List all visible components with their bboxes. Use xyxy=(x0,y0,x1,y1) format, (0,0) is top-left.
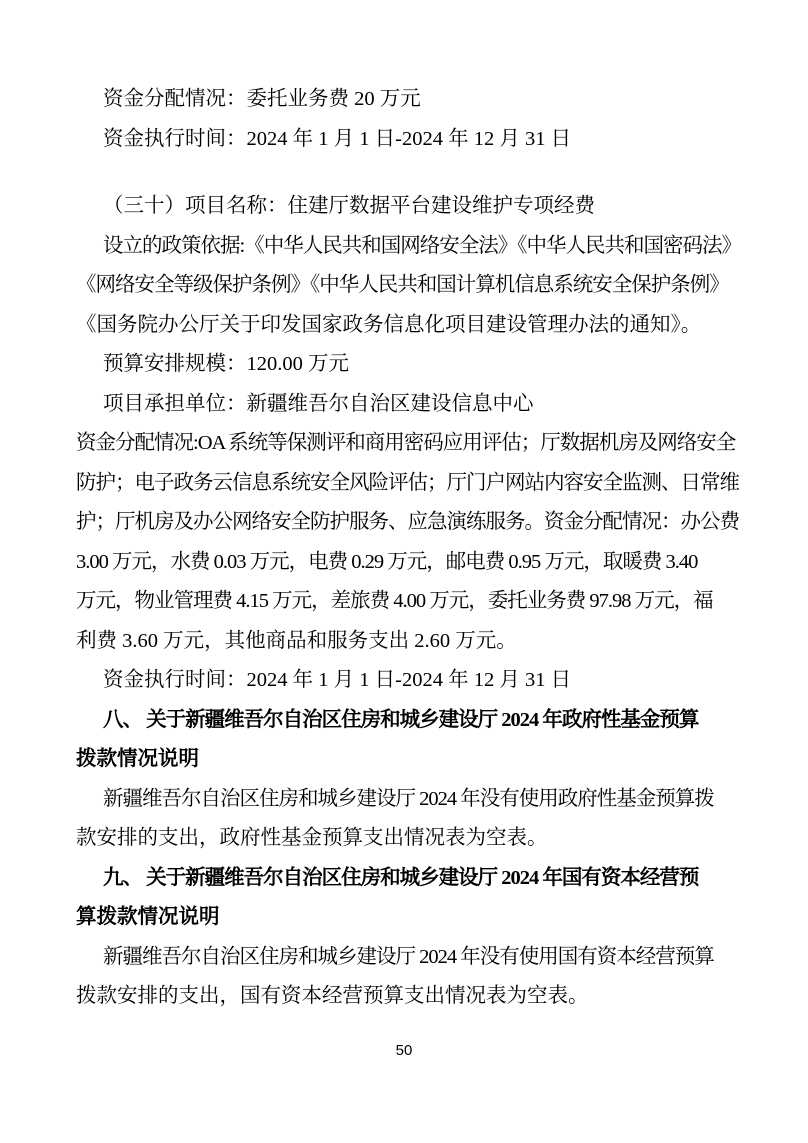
doc-line: 拨款安排的支出，国有资本经营预算支出情况表为空表。 xyxy=(76,977,732,1017)
doc-line: 万元，物业管理费 4.15 万元，差旅费 4.00 万元，委托业务费 97.98… xyxy=(76,582,732,622)
doc-line: 防护；电子政务云信息系统安全风险评估；厅门户网站内容安全监测、日常维 xyxy=(76,464,732,504)
doc-line: 新疆维吾尔自治区住房和城乡建设厅 2024 年没有使用政府性基金预算拨 xyxy=(76,780,732,820)
doc-line: 资金执行时间：2024 年 1 月 1 日-2024 年 12 月 31 日 xyxy=(76,661,732,701)
document-page: 资金分配情况：委托业务费 20 万元 资金执行时间：2024 年 1 月 1 日… xyxy=(0,0,808,1143)
doc-line: 项目承担单位：新疆维吾尔自治区建设信息中心 xyxy=(76,385,732,425)
doc-line: 资金分配情况：委托业务费 20 万元 xyxy=(76,80,732,120)
doc-line: 预算安排规模：120.00 万元 xyxy=(76,345,732,385)
doc-line: 3.00 万元，水费 0.03 万元，电费 0.29 万元，邮电费 0.95 万… xyxy=(76,543,732,583)
doc-line: 护；厅机房及办公网络安全防护服务、应急演练服务。资金分配情况：办公费 xyxy=(76,503,732,543)
doc-line-project-title: （三十）项目名称：住建厅数据平台建设维护专项经费 xyxy=(76,187,732,227)
section-heading-9-cont: 算拨款情况说明 xyxy=(76,898,732,938)
doc-line: 新疆维吾尔自治区住房和城乡建设厅 2024 年没有使用国有资本经营预算 xyxy=(76,938,732,978)
doc-line: 《网络安全等级保护条例》《中华人民共和国计算机信息系统安全保护条例》 xyxy=(76,266,732,306)
doc-line: 设立的政策依据:《中华人民共和国网络安全法》《中华人民共和国密码法》 xyxy=(76,227,732,267)
page-number: 50 xyxy=(0,1040,808,1062)
doc-line: 资金执行时间：2024 年 1 月 1 日-2024 年 12 月 31 日 xyxy=(76,120,732,160)
doc-line: 资金分配情况:OA 系统等保测评和商用密码应用评估；厅数据机房及网络安全 xyxy=(76,424,732,464)
doc-line: 款安排的支出，政府性基金预算支出情况表为空表。 xyxy=(76,819,732,859)
blank-line xyxy=(76,159,732,187)
doc-line: 利费 3.60 万元，其他商品和服务支出 2.60 万元。 xyxy=(76,622,732,662)
section-heading-8: 八、 关于新疆维吾尔自治区住房和城乡建设厅 2024 年政府性基金预算 xyxy=(76,701,732,741)
section-heading-8-cont: 拨款情况说明 xyxy=(76,740,732,780)
doc-line: 《国务院办公厅关于印发国家政务信息化项目建设管理办法的通知》。 xyxy=(76,306,732,346)
section-heading-9: 九、 关于新疆维吾尔自治区住房和城乡建设厅 2024 年国有资本经营预 xyxy=(76,859,732,899)
